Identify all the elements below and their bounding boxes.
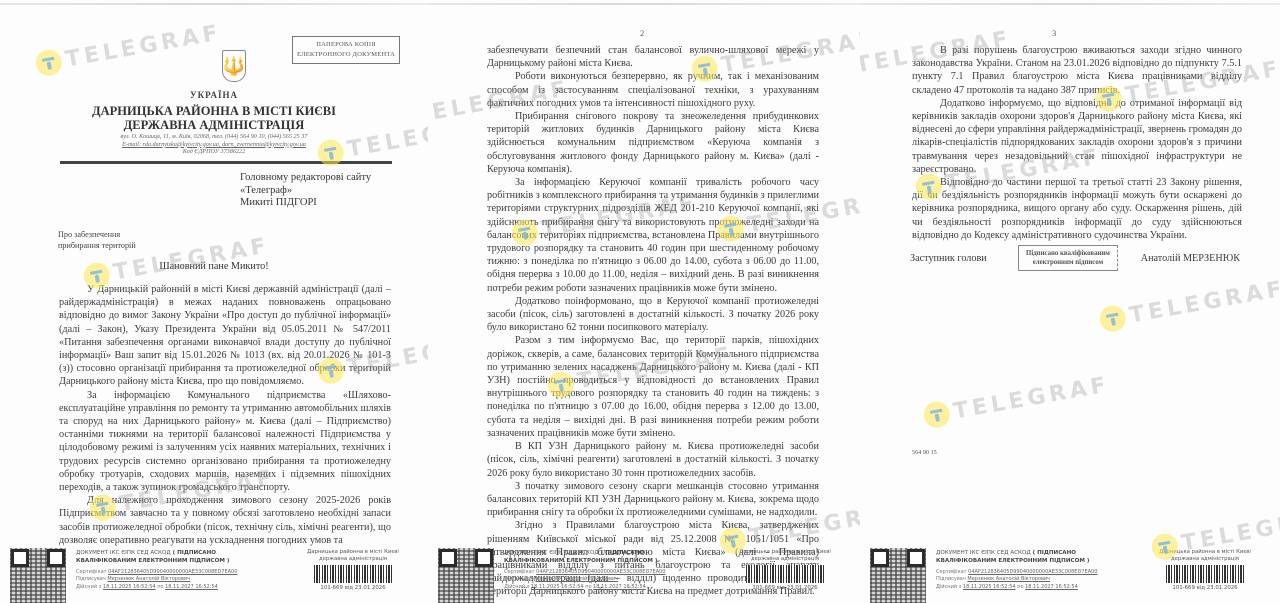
telegraf-watermark: TELEGRAF <box>922 372 1112 430</box>
signer-name: Мерзенюк Анатолій Вікторович <box>107 576 190 582</box>
org-edrpou: Код ЄДРПОУ 37386222 <box>0 148 428 156</box>
paragraph: Для належного проходження зимового сезон… <box>59 494 391 547</box>
scan-edge <box>860 3 1280 5</box>
paragraph: забезпечувати безпечний стан балансової … <box>487 44 819 70</box>
telegraf-logo-icon <box>34 48 64 78</box>
certificate-id: 04AF212836405D99040000000AE33C008ED7EA00 <box>536 569 665 575</box>
registration-block: Дарницька районна в місті Києві державна… <box>1150 549 1260 592</box>
stamp-line: електронним підписом <box>1021 258 1115 267</box>
addressee-block: Головному редакторові сайту «Телеграф» М… <box>240 172 371 210</box>
valid-to-label: по <box>157 584 163 590</box>
signer-label: Підписувач <box>936 576 966 582</box>
paragraph: Разом з тим інформуємо Вас, що території… <box>487 334 819 440</box>
valid-to-label: по <box>1017 584 1023 590</box>
signature-title: ДОКУМЕНТ ІКС ЄІПК СЕД АСКОД ( ПІДПИСАНО … <box>504 549 694 565</box>
certificate-id: 04AF212836405D99040000000AE33C008ED7EA00 <box>968 569 1097 575</box>
telegraf-watermark: TELEGRAF <box>1098 276 1280 334</box>
valid-to: 18.11.2027 16:52:54 <box>1025 584 1078 590</box>
certificate-id: 04AF212836405D99040000000AE33C008ED7EA00 <box>108 569 237 575</box>
telegraf-logo-icon <box>922 400 952 430</box>
letter-body: В разі порушень благоустрою вживаються з… <box>912 44 1242 242</box>
barcode-icon <box>1166 565 1244 583</box>
telegraf-logo-icon <box>1098 304 1128 334</box>
paragraph: В КП УЗН Дарницького району м. Києва про… <box>487 440 819 480</box>
signature-title: ДОКУМЕНТ ІКС ЄІПК СЕД АСКОД ( ПІДПИСАНО … <box>936 549 1126 565</box>
signer-name: Анатолій МЕРЗЕНЮК <box>1141 253 1240 264</box>
barcode-icon <box>746 565 824 583</box>
executor-phone: 564 90 15 <box>912 449 937 456</box>
certificate-label: Сертифікат <box>504 569 535 575</box>
subject-line: прибирання територій <box>58 241 136 252</box>
barcode-icon <box>314 565 392 583</box>
paragraph: Додатково поінформовано, що в Керуючої к… <box>487 295 819 335</box>
qualified-signature-stamp: Підписано кваліфікованим електронним під… <box>1018 245 1118 271</box>
valid-to-label: по <box>585 584 591 590</box>
org-mini-line: Дарницька районна в місті Києві <box>298 549 408 556</box>
doc-system: ДОКУМЕНТ ІКС ЄІПК СЕД АСКОД <box>76 550 171 556</box>
paragraph: Прибирання снігового покрову та знеожеле… <box>487 110 819 176</box>
document-page-2: 2 забезпечувати безпечний стан балансово… <box>428 0 860 603</box>
paragraph: З початку зимового сезону скарги мешканц… <box>487 480 819 520</box>
signer-name: Мерзенюк Анатолій Вікторович <box>535 576 618 582</box>
scan-edge <box>0 3 428 5</box>
telegraf-watermark: TELEGRAF <box>34 20 224 78</box>
paragraph: Відповідно до частини першої та третьої … <box>912 176 1242 242</box>
registration-block: Дарницька районна в місті Києві державна… <box>730 549 840 592</box>
signature-meta: Сертифікат 04AF212836405D99040000000AE33… <box>936 569 1136 591</box>
trident-coat-of-arms-icon: 🔱 <box>222 50 246 82</box>
qr-code-icon <box>870 548 926 603</box>
addressee-line: «Телеграф» <box>240 185 371 198</box>
subject-line: Про забезпечення <box>58 230 136 241</box>
qr-code-icon <box>438 548 494 603</box>
addressee-line: Микиті ПІДГОРІ <box>240 197 371 210</box>
doc-system: ДОКУМЕНТ ІКС ЄІПК СЕД АСКОД <box>936 550 1031 556</box>
signature-row: Заступник голови Підписано кваліфіковани… <box>910 245 1240 275</box>
e-signature-footer: ДОКУМЕНТ ІКС ЄІПК СЕД АСКОД ( ПІДПИСАНО … <box>860 545 1280 601</box>
paragraph: Роботи виконуються безперервно, як ручни… <box>487 70 819 110</box>
org-line-2: ДЕРЖАВНА АДМІНІСТРАЦІЯ <box>0 118 428 132</box>
valid-from: 18.11.2025 16:52:54 <box>531 584 584 590</box>
valid-to: 18.11.2027 16:52:54 <box>593 584 646 590</box>
page-number: 3 <box>1052 28 1056 38</box>
org-mini-line: Дарницька районна в місті Києві <box>1150 549 1260 556</box>
watermark-text: TELEGRAF <box>63 20 223 72</box>
scan-edge <box>428 3 860 5</box>
paper-copy-stamp: ПАПЕРОВА КОПІЯ ЕЛЕКТРОННОГО ДОКУМЕНТА <box>292 36 400 64</box>
paragraph: В разі порушень благоустрою вживаються з… <box>912 44 1242 97</box>
certificate-label: Сертифікат <box>936 569 967 575</box>
letter-body: У Дарницькій районній в місті Києві держ… <box>59 283 391 547</box>
valid-label: Дійсний з <box>504 584 529 590</box>
header-divider <box>60 161 392 164</box>
e-signature-footer: ДОКУМЕНТ ІКС ЄІПК СЕД АСКОД ( ПІДПИСАНО … <box>0 545 428 601</box>
signer-role: Заступник голови <box>910 253 987 264</box>
signer-name: Мерзенюк Анатолій Вікторович <box>967 576 1050 582</box>
signature-meta: Сертифікат 04AF212836405D99040000000AE33… <box>76 569 276 591</box>
letter-body: забезпечувати безпечний стан балансової … <box>487 44 819 599</box>
org-mini-line: державна адміністрація <box>298 556 408 563</box>
signer-label: Підписувач <box>76 576 106 582</box>
signer-label: Підписувач <box>504 576 534 582</box>
document-page-3: 3 В разі порушень благоустрою вживаються… <box>860 0 1280 603</box>
addressee-line: Головному редакторові сайту <box>240 172 371 185</box>
signature-title: ДОКУМЕНТ ІКС ЄІПК СЕД АСКОД ( ПІДПИСАНО … <box>76 549 266 565</box>
subject-block: Про забезпечення прибирання територій <box>58 230 136 251</box>
country-heading: УКРАЇНА <box>0 90 428 100</box>
registration-number: 101-669 від 23.01.2026 <box>1150 585 1260 592</box>
valid-label: Дійсний з <box>76 584 101 590</box>
valid-from: 18.11.2025 16:52:54 <box>963 584 1016 590</box>
signature-meta: Сертифікат 04AF212836405D99040000000AE33… <box>504 569 704 591</box>
page-number: 2 <box>640 28 644 38</box>
greeting: Шановний пане Микито! <box>0 261 428 272</box>
valid-from: 18.11.2025 16:52:54 <box>103 584 156 590</box>
org-email: E-mail: rda.darnytska@kyivcity.gov.ua, d… <box>0 141 428 149</box>
stamp-line: ЕЛЕКТРОННОГО ДОКУМЕНТА <box>297 50 395 60</box>
paragraph: За інформацією Керуючої компанії тривалі… <box>487 176 819 295</box>
paragraph: За інформацією Комунального підприємства… <box>59 389 391 495</box>
org-mini-line: державна адміністрація <box>1150 556 1260 563</box>
paragraph: У Дарницькій районній в місті Києві держ… <box>59 283 391 389</box>
qr-code-icon <box>10 548 66 603</box>
org-contacts: вул. О. Кошиця, 11, м. Київ, 02068, тел.… <box>0 133 428 156</box>
paragraph: Додатково інформуємо, що відповідно до о… <box>912 97 1242 176</box>
stamp-line: Підписано кваліфікованим <box>1021 249 1115 258</box>
org-mini-line: Дарницька районна в місті Києві <box>730 549 840 556</box>
watermark-text: TELEGRAF <box>1127 276 1280 328</box>
watermark-text: TELEGRAF <box>951 372 1111 424</box>
registration-block: Дарницька районна в місті Києві державна… <box>298 549 408 592</box>
organization-heading: ДАРНИЦЬКА РАЙОННА В МІСТІ КИЄВІ ДЕРЖАВНА… <box>0 104 428 132</box>
registration-number: 101-669 від 23.01.2026 <box>298 585 408 592</box>
org-line-1: ДАРНИЦЬКА РАЙОННА В МІСТІ КИЄВІ <box>0 104 428 118</box>
e-signature-footer: ДОКУМЕНТ ІКС ЄІПК СЕД АСКОД ( ПІДПИСАНО … <box>428 545 860 601</box>
certificate-label: Сертифікат <box>76 569 107 575</box>
stamp-line: ПАПЕРОВА КОПІЯ <box>297 40 395 50</box>
doc-system: ДОКУМЕНТ ІКС ЄІПК СЕД АСКОД <box>504 550 599 556</box>
valid-label: Дійсний з <box>936 584 961 590</box>
registration-number: 101-669 від 23.01.2026 <box>730 585 840 592</box>
org-mini-line: державна адміністрація <box>730 556 840 563</box>
document-page-1: 🔱 ПАПЕРОВА КОПІЯ ЕЛЕКТРОННОГО ДОКУМЕНТА … <box>0 0 428 603</box>
org-address: вул. О. Кошиця, 11, м. Київ, 02068, тел.… <box>0 133 428 141</box>
valid-to: 18.11.2027 16:52:54 <box>165 584 218 590</box>
